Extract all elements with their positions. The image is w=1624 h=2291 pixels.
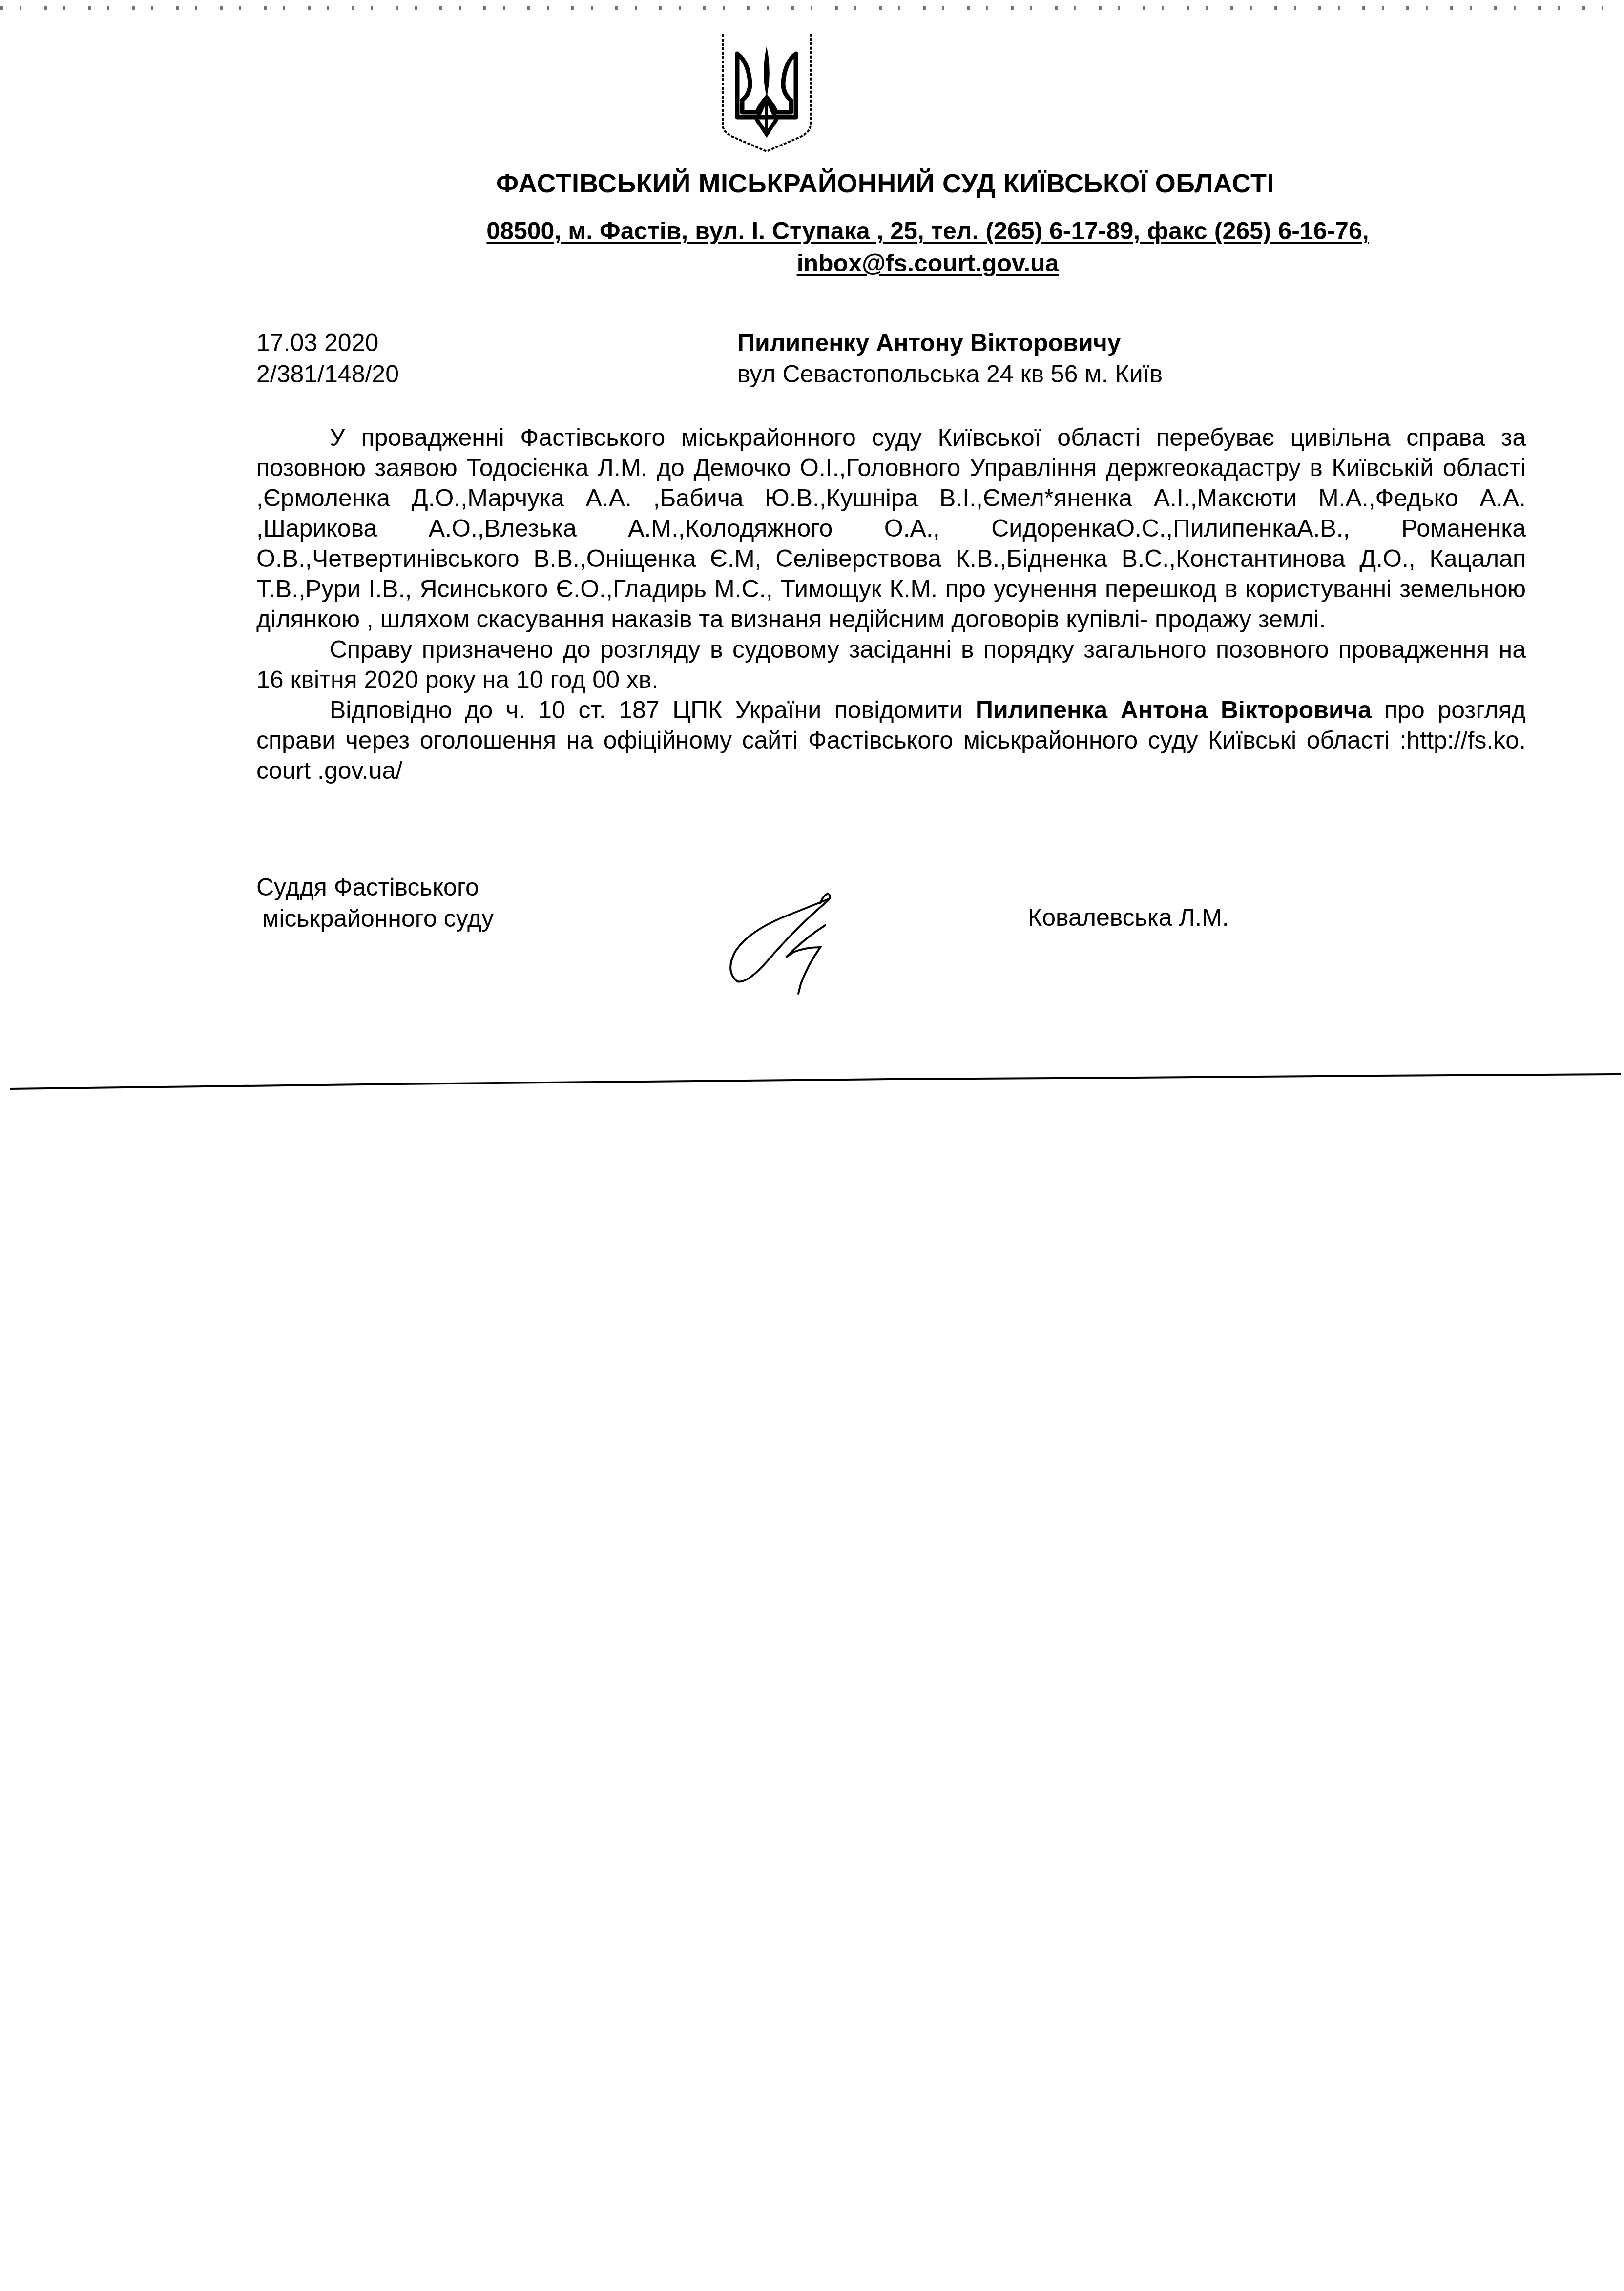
addressee-address: вул Севастопольська 24 кв 56 м. Київ bbox=[737, 358, 1163, 390]
judge-title-line-1: Суддя Фастівського bbox=[256, 872, 494, 903]
judge-title-line-2: міськрайонного суду bbox=[256, 903, 494, 934]
handwritten-signature-icon bbox=[708, 879, 850, 996]
judge-title: Суддя Фастівського міськрайонного суду bbox=[256, 872, 494, 934]
court-email-link[interactable]: inbox@fs.court.gov.ua bbox=[797, 250, 1059, 277]
judge-name: Ковалевська Л.М. bbox=[1028, 903, 1229, 932]
court-contact-block: 08500, м. Фастів, вул. І. Ступака , 25, … bbox=[391, 215, 1465, 279]
paragraph-hearing-date: Справу призначено до розгляду в судовому… bbox=[256, 634, 1526, 695]
scan-artifact-bottom-edge bbox=[10, 1072, 1621, 1091]
letter-date: 17.03 2020 bbox=[256, 327, 399, 358]
notified-person: Пилипенка Антона Вікторовича bbox=[976, 696, 1372, 724]
court-address: 08500, м. Фастів, вул. І. Ступака , 25, … bbox=[391, 215, 1465, 247]
scan-artifact-top-edge bbox=[0, 6, 1624, 10]
notification-text: Відповідно до ч. 10 ст. 187 ЦПК України … bbox=[330, 696, 976, 724]
case-number: 2/381/148/20 bbox=[256, 358, 399, 390]
coat-of-arms-icon bbox=[718, 29, 815, 156]
addressee-name: Пилипенку Антону Вікторовичу bbox=[737, 327, 1163, 358]
letter-body: У провадженні Фастівського міськрайонног… bbox=[256, 422, 1526, 786]
addressee-block: Пилипенку Антону Вікторовичу вул Севасто… bbox=[737, 327, 1163, 390]
paragraph-case-description: У провадженні Фастівського міськрайонног… bbox=[256, 422, 1526, 634]
court-name-heading: ФАСТІВСЬКИЙ МІСЬКРАЙОННИЙ СУД КИЇВСЬКОЇ … bbox=[0, 168, 1624, 199]
letter-meta: 17.03 2020 2/381/148/20 bbox=[256, 327, 399, 390]
paragraph-notification: Відповідно до ч. 10 ст. 187 ЦПК України … bbox=[256, 695, 1526, 786]
